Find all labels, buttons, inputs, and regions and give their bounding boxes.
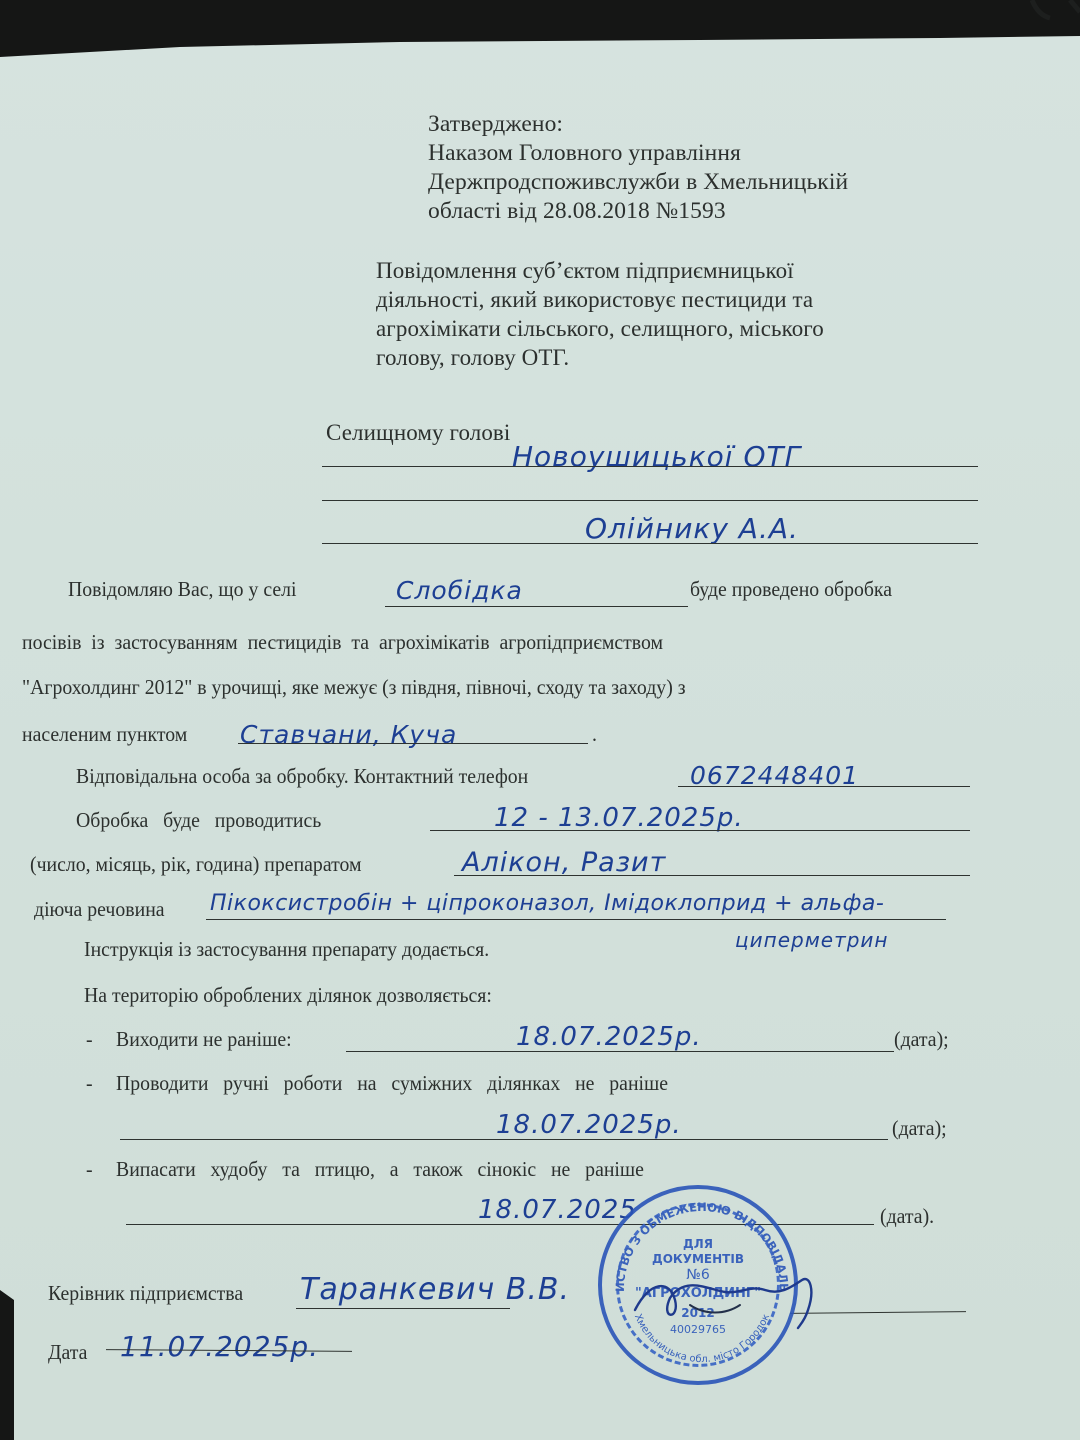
approval-line-1: Затверджено: xyxy=(428,110,848,139)
approval-line-4: області від 28.08.2018 №1593 xyxy=(428,197,848,226)
restriction-3-text: Випасати худобу та птицю, а також сінокі… xyxy=(116,1157,644,1182)
contact-underline xyxy=(678,786,970,787)
village-underline xyxy=(385,606,688,607)
notice-title: Повідомлення суб’єктом підприємницької д… xyxy=(376,256,824,372)
preparation-label: (число, місяць, рік, година) препаратом xyxy=(30,852,362,877)
substance-field-line-1: Пікоксистробін + ціпроконазол, Імідоклоп… xyxy=(210,891,884,916)
stamp-line-1: ДЛЯ xyxy=(602,1237,794,1251)
restriction-1-underline xyxy=(346,1051,894,1052)
signature-underline xyxy=(296,1308,510,1309)
body-p3: "Агрохолдинг 2012" в урочищі, яке межує … xyxy=(22,675,686,700)
instruction-text: Інструкція із застосування препарату дод… xyxy=(84,937,489,962)
preparations-field: Алікон, Разит xyxy=(462,847,666,878)
signature-scribble-icon xyxy=(630,1270,830,1330)
contact-label: Відповідальна особа за обробку. Контактн… xyxy=(76,764,528,789)
body-p1-end: буде проведено обробка xyxy=(690,577,892,602)
binder-clip-edge-icon xyxy=(1030,0,1080,24)
signature-label: Керівник підприємства xyxy=(48,1281,243,1306)
restriction-1-bullet: - xyxy=(86,1027,93,1052)
approval-line-3: Держпродспоживслужби в Хмельницькій xyxy=(428,168,848,197)
treatment-underline xyxy=(430,830,970,831)
body-p4-end: . xyxy=(592,722,597,747)
settlement-field: Ставчани, Куча xyxy=(240,720,457,749)
substance-underline xyxy=(206,919,946,920)
addressee-name: Олійнику А.А. xyxy=(585,512,799,545)
restriction-1-text: Виходити не раніше: xyxy=(116,1027,292,1052)
date-value: 11.07.2025р. xyxy=(120,1330,319,1363)
restriction-2-bullet: - xyxy=(86,1071,93,1096)
notice-title-line-2: діяльності, який використовує пестициди … xyxy=(376,285,824,314)
approval-line-2: Наказом Головного управління xyxy=(428,139,848,168)
addressee-line-2 xyxy=(322,500,978,501)
date-label: Дата xyxy=(48,1340,87,1365)
allowed-title: На територію оброблених ділянок дозволяє… xyxy=(84,983,492,1008)
notice-title-line-3: агрохімікати сільського, селищного, місь… xyxy=(376,314,824,343)
restriction-2-underline xyxy=(120,1139,888,1140)
settlement-underline xyxy=(238,743,588,744)
treatment-date-field: 12 - 13.07.2025р. xyxy=(494,803,744,833)
addressee-community: Новоушицької ОТГ xyxy=(512,440,801,473)
document-page: Затверджено: Наказом Головного управлінн… xyxy=(0,0,1080,1440)
village-field: Слобідка xyxy=(396,576,523,605)
restriction-2-suffix: (дата); xyxy=(892,1116,947,1141)
body-p4-start: населеним пунктом xyxy=(22,722,187,747)
body-p1-start: Повідомляю Вас, що у селі xyxy=(68,577,297,602)
addressee-label: Селищному голові xyxy=(326,420,510,446)
substance-field-line-2: циперметрин xyxy=(735,928,889,952)
signature-name: Таранкевич В.В. xyxy=(300,1272,570,1307)
treatment-label: Обробка буде проводитись xyxy=(76,808,321,833)
restriction-1-suffix: (дата); xyxy=(894,1027,949,1052)
stamp-line-2: ДОКУМЕНТІВ xyxy=(602,1252,794,1266)
addressee-line-1 xyxy=(322,466,978,467)
approval-block: Затверджено: Наказом Головного управлінн… xyxy=(428,110,848,226)
restriction-2-date: 18.07.2025р. xyxy=(496,1110,682,1140)
preparation-underline xyxy=(454,875,970,876)
restriction-1-date: 18.07.2025р. xyxy=(516,1022,702,1052)
addressee-line-3 xyxy=(322,543,978,544)
substance-label: діюча речовина xyxy=(34,897,165,922)
restriction-3-bullet: - xyxy=(86,1157,93,1182)
notice-title-line-1: Повідомлення суб’єктом підприємницької xyxy=(376,256,824,285)
restriction-2-text: Проводити ручні роботи на суміжних ділян… xyxy=(116,1071,668,1096)
body-p2: посівів із застосуванням пестицидів та а… xyxy=(22,630,663,655)
notice-title-line-4: голову, голову ОТГ. xyxy=(376,343,824,372)
restriction-3-suffix: (дата). xyxy=(880,1204,934,1229)
